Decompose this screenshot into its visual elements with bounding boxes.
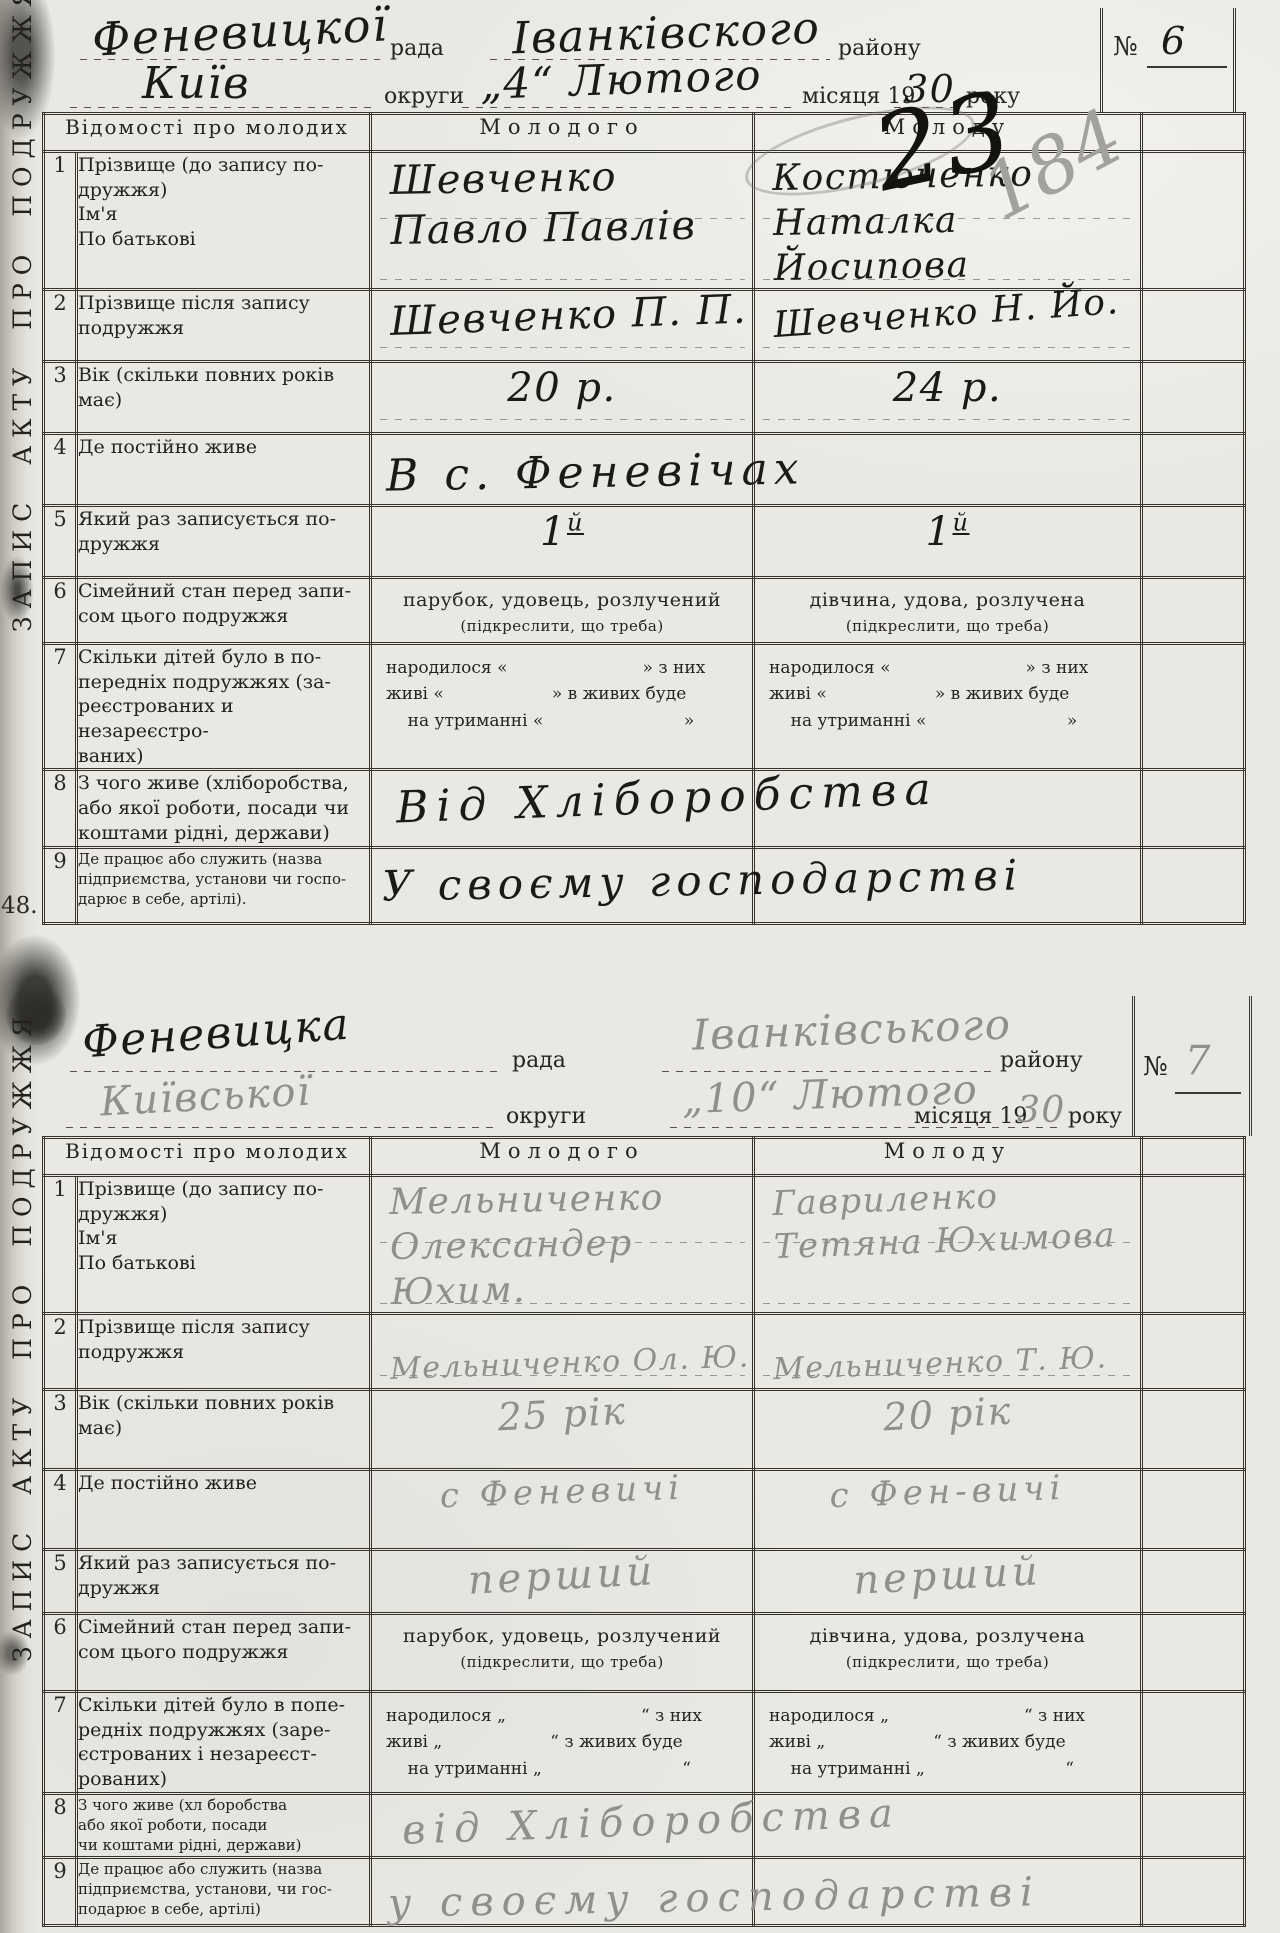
table-row: 7 Скільки дітей було в по- передніх подр… xyxy=(44,644,1245,770)
date-day-month-handwritten: „4“ Лютого xyxy=(479,49,763,111)
table-row: 1 Прізвище (до запису по- дружжя) Ім'я П… xyxy=(44,1176,1245,1314)
bride-status-note: (підкреслити, що треба) xyxy=(755,1653,1140,1671)
groom-value: Мельниченко Олександер Юхим. xyxy=(371,1174,753,1316)
table-row: 4 Де постійно живе с Феневичі с Фен-вичі xyxy=(44,1470,1245,1550)
tail-cell xyxy=(1142,1857,1245,1925)
tail-cell xyxy=(1142,1470,1245,1550)
groom-status-options: парубок, удовець, розлучений xyxy=(372,1625,752,1647)
no-label: № xyxy=(1113,32,1138,62)
workplace-value-span: у своєму господарстві xyxy=(388,1867,1042,1928)
row-number: 2 xyxy=(44,290,77,362)
workplace-value-span: У своєму господарстві xyxy=(382,849,1024,913)
table-row: 8 З чого живе (хліборобства, або якої ро… xyxy=(44,770,1245,847)
tail-cell xyxy=(1142,152,1245,290)
tail-cell xyxy=(1142,644,1245,770)
bride-value: 1й xyxy=(755,507,1140,557)
council-name-handwritten: Феневицка xyxy=(80,997,351,1071)
rule-line xyxy=(66,1126,496,1128)
tail-cell xyxy=(1142,770,1245,847)
okruha-name-handwritten: Київської xyxy=(99,1067,313,1128)
table-row: 2 Прізвище після запису подружжя Мельнич… xyxy=(44,1314,1245,1390)
tail-cell xyxy=(1142,1550,1245,1614)
groom-status-note: (підкреслити, що треба) xyxy=(372,1653,752,1671)
column-header-info: Відомості про молодих xyxy=(44,114,371,152)
groom-value: Шевченко Павло Павлів xyxy=(371,150,753,257)
tail-cell xyxy=(1142,1176,1245,1314)
groom-status-note: (підкреслити, що треба) xyxy=(372,617,752,635)
rule-line xyxy=(1147,66,1227,68)
tail-cell xyxy=(1142,1692,1245,1794)
row-label: Сімейний стан перед запи- сом цього подр… xyxy=(77,1614,371,1692)
row-number: 1 xyxy=(44,1176,77,1314)
row-number: 4 xyxy=(44,434,77,506)
side-vertical-title: ЗАПИС АКТУ ПРО ПОДРУЖЖЯ xyxy=(8,0,37,632)
row-label: Який раз записується по- дружжя xyxy=(77,506,371,578)
tail-cell xyxy=(1142,578,1245,644)
row-number: 8 xyxy=(44,770,77,847)
row-number: 6 xyxy=(44,578,77,644)
rada-label: рада xyxy=(390,36,444,61)
tail-cell xyxy=(1142,1314,1245,1390)
row-number: 5 xyxy=(44,1550,77,1614)
row-label: З чого живе (хл боробства або якої робот… xyxy=(77,1793,371,1857)
bride-status-options: дівчина, удова, розлучена xyxy=(755,589,1140,611)
bride-value: перший xyxy=(754,1541,1141,1611)
record-number-box: № 7 xyxy=(1132,996,1252,1136)
row-label: Прізвище після запису подружжя xyxy=(77,290,371,362)
table-row: 5 Який раз записується по- дружжя 1й 1й xyxy=(44,506,1245,578)
row-number: 9 xyxy=(44,1857,77,1925)
bride-value: Гавриленко Тетяна Юхимова xyxy=(754,1170,1142,1268)
bride-status-note: (підкреслити, що треба) xyxy=(755,617,1140,635)
row-number: 3 xyxy=(44,362,77,434)
table-row: 3 Вік (скільки повних років має) 25 рік … xyxy=(44,1390,1245,1470)
groom-value: 25 рік xyxy=(371,1381,753,1448)
okruha-label: округи xyxy=(384,84,464,109)
bride-value: Мельниченко Т. Ю. xyxy=(754,1338,1140,1389)
side-vertical-title: ЗАПИС АКТУ ПРО ПОДРУЖЖЯ xyxy=(8,1009,37,1662)
row-number: 3 xyxy=(44,1390,77,1470)
okruha-name-handwritten: Київ xyxy=(142,56,250,111)
registry-table: Відомості про молодих Молодого Молоду 1 … xyxy=(42,1136,1246,1927)
row-label: Який раз записується по- дружжя xyxy=(77,1550,371,1614)
rule-line xyxy=(462,106,792,108)
row-label: Скільки дітей було в по- передніх подруж… xyxy=(77,644,371,770)
table-head-row: Відомості про молодих Молодого Молоду xyxy=(44,1138,1245,1176)
row-label: Скільки дітей було в попе- редніх подруж… xyxy=(77,1692,371,1794)
table-row: 6 Сімейний стан перед запи- сом цього по… xyxy=(44,578,1245,644)
table-row: 8 З чого живе (хл боробства або якої роб… xyxy=(44,1793,1245,1857)
marriage-record-form-2: Феневицка рада Іванківського району № 7 … xyxy=(42,996,1248,1927)
groom-children-print: народилося « » з них живі « » в живих бу… xyxy=(372,645,752,738)
raion-label: району xyxy=(838,36,921,61)
table-row: 4 Де постійно живе В с. Феневічах xyxy=(44,434,1245,506)
table-row: 9 Де працює або служить (назва підприємс… xyxy=(44,847,1245,923)
row-number: 7 xyxy=(44,1692,77,1794)
record-number-value: 6 xyxy=(1161,18,1187,66)
record-number-box: № 6 xyxy=(1100,8,1236,112)
row-label: Де працює або служить (назва підприємств… xyxy=(77,847,371,923)
row-label: Де працює або служить (назва підприємств… xyxy=(77,1857,371,1925)
bride-children-print: народилося « » з них живі « » в живих бу… xyxy=(755,645,1140,738)
row-number: 6 xyxy=(44,1614,77,1692)
rule-line xyxy=(70,106,374,108)
no-label: № xyxy=(1143,1052,1168,1082)
okruha-label: округи xyxy=(506,1104,586,1129)
groom-value: перший xyxy=(371,1541,753,1611)
bride-children-print: народилося „ “ з них живі „ “ з живих бу… xyxy=(755,1693,1140,1786)
groom-value: Мельниченко Ол. Ю. xyxy=(371,1338,752,1389)
tail-cell xyxy=(1142,1793,1245,1857)
tail-cell xyxy=(1142,290,1245,362)
registry-table: Відомості про молодих Молодого Молоду 1 … xyxy=(42,112,1246,925)
column-header-groom: Молодого xyxy=(371,1138,754,1176)
table-row: 5 Який раз записується по- дружжя перший… xyxy=(44,1550,1245,1614)
row-number: 7 xyxy=(44,644,77,770)
column-header-tail xyxy=(1142,1138,1245,1176)
residence-value-span: В с. Феневічах xyxy=(386,441,806,503)
row-label: Прізвище (до запису по- дружжя) Ім'я По … xyxy=(77,1176,371,1314)
tail-cell xyxy=(1142,1614,1245,1692)
groom-status-options: парубок, удовець, розлучений xyxy=(372,589,752,611)
record-number-value: 7 xyxy=(1185,1036,1212,1086)
tail-cell xyxy=(1142,362,1245,434)
groom-value: 20 р. xyxy=(372,363,752,413)
bride-value: с Фен-вичі xyxy=(754,1464,1140,1520)
roku-label: року xyxy=(1068,1104,1122,1129)
table-row: 6 Сімейний стан перед запи- сом цього по… xyxy=(44,1614,1245,1692)
bride-value: 20 рік xyxy=(754,1381,1141,1449)
row-label: Де постійно живе xyxy=(77,1470,371,1550)
bride-status-options: дівчина, удова, розлучена xyxy=(755,1625,1140,1647)
groom-value: с Феневичі xyxy=(371,1464,752,1520)
row-label: Прізвище після запису подружжя xyxy=(77,1314,371,1390)
row-number: 1 xyxy=(44,152,77,290)
groom-children-print: народилося „ “ з них живі „ “ з живих бу… xyxy=(372,1693,752,1786)
district-name-handwritten: Іванківського xyxy=(691,998,1012,1062)
row-label: З чого живе (хліборобства, або якої робо… xyxy=(77,770,371,847)
rule-line xyxy=(1008,1126,1062,1128)
table-row: 2 Прізвище після запису подружжя Шевченк… xyxy=(44,290,1245,362)
table-row: 9 Де працює або служить (назва підприємс… xyxy=(44,1857,1245,1925)
tail-cell xyxy=(1142,434,1245,506)
margin-page-number: 48. xyxy=(1,893,38,919)
column-header-bride: Молоду xyxy=(754,1138,1142,1176)
column-header-tail xyxy=(1142,114,1245,152)
tail-cell xyxy=(1142,847,1245,923)
row-number: 8 xyxy=(44,1793,77,1857)
row-number: 5 xyxy=(44,506,77,578)
tail-cell xyxy=(1142,1390,1245,1470)
table-row: 3 Вік (скільки повних років має) 20 р. 2… xyxy=(44,362,1245,434)
table-row: 7 Скільки дітей було в попе- редніх подр… xyxy=(44,1692,1245,1794)
bride-value xyxy=(754,434,1142,506)
row-number: 9 xyxy=(44,847,77,923)
column-header-info: Відомості про молодих xyxy=(44,1138,371,1176)
row-number: 2 xyxy=(44,1314,77,1390)
row-label: Вік (скільки повних років має) xyxy=(77,362,371,434)
row-label: Вік (скільки повних років має) xyxy=(77,1390,371,1470)
row-label: Прізвище (до запису по- дружжя) Ім'я По … xyxy=(77,152,371,290)
tail-cell xyxy=(1142,506,1245,578)
rule-line xyxy=(1175,1092,1241,1094)
raion-label: району xyxy=(1000,1048,1083,1073)
groom-value: 1й xyxy=(372,507,752,557)
form-header: Феневицкої рада Іванківского району № 6 … xyxy=(42,8,1248,112)
row-label: Де постійно живе xyxy=(77,434,371,506)
row-label: Сімейний стан перед запи- сом цього подр… xyxy=(77,578,371,644)
row-number: 4 xyxy=(44,1470,77,1550)
groom-value: Шевченко П. П. xyxy=(371,284,753,347)
bride-value: 24 р. xyxy=(755,363,1140,413)
column-header-groom: Молодого xyxy=(371,114,754,152)
marriage-record-form-1: Феневицкої рада Іванківского району № 6 … xyxy=(42,8,1248,925)
rada-label: рада xyxy=(512,1048,566,1073)
form-header: Феневицка рада Іванківського району № 7 … xyxy=(42,996,1248,1136)
